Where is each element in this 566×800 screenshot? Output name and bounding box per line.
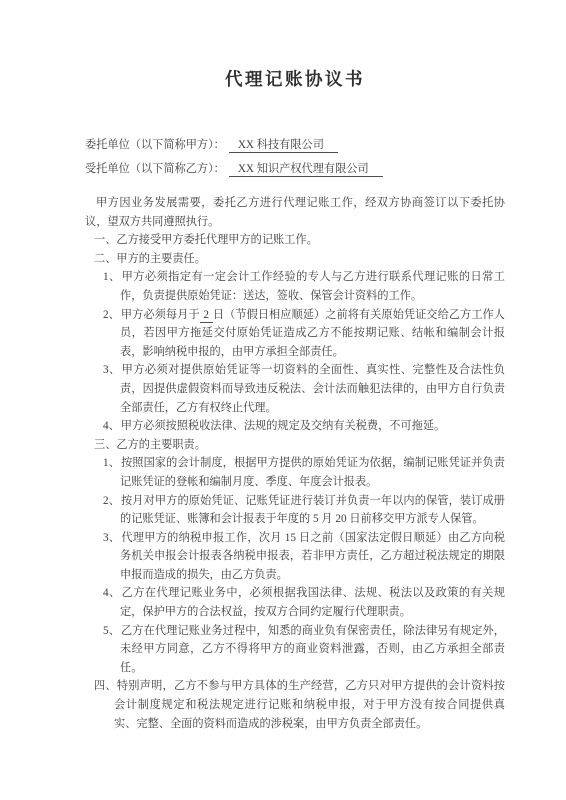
item-text: 代理甲方的纳税申报工作，次月 15 日之前（国家法定假日顺延）由乙方向税务机关申… xyxy=(120,532,505,581)
item-number: 1、 xyxy=(103,271,122,283)
item-text: 甲方必须每月于 2 日（节假日相应顺延）之前将有关原始凭证交给乙方工作人员，若因… xyxy=(120,309,505,358)
clause-item: 4、甲方必须按照税收法律、法规的规定及交纳有关税费，不可拖延。 xyxy=(103,417,505,436)
text-run: 三、乙方的主要职责。 xyxy=(94,439,206,451)
text-run: 甲方必须每月于 xyxy=(121,309,200,321)
clauses-container: 一、乙方接受甲方委托代理甲方的记账工作。二、甲方的主要责任。1、甲方必须指定有一… xyxy=(85,231,505,733)
item-text: 甲方必须对提供原始凭证等一切资料的全面性、真实性、完整性及合法性负责，因提供虚假… xyxy=(120,364,505,413)
item-number: 2、 xyxy=(103,495,121,507)
clause-item: 4、乙方在代理记账业务中，必须根据我国法律、法规、税法以及政策的有关规定，保护甲… xyxy=(103,584,505,621)
item-number: 2、 xyxy=(103,309,121,321)
section-heading: 四、特别声明，乙方不参与甲方具体的生产经营，乙方只对甲方提供的会计资料按会计制度… xyxy=(94,677,505,733)
section-heading: 一、乙方接受甲方委托代理甲方的记账工作。 xyxy=(94,231,505,250)
item-text: 乙方在代理记账业务中，必须根据我国法律、法规、税法以及政策的有关规定，保护甲方的… xyxy=(120,587,505,618)
text-run: 一、乙方接受甲方委托代理甲方的记账工作。 xyxy=(94,234,318,246)
text-run: 四、特别声明，乙方不参与甲方具体的生产经营，乙方只对甲方提供的会计资料按会计制度… xyxy=(94,680,505,729)
inline-underlined-value: 2 xyxy=(200,309,213,323)
text-run: 乙方在代理记账业务过程中，知悉的商业负有保密责任，除法律另有规定外，未经甲方同意… xyxy=(120,625,505,674)
text-run: 甲方必须指定有一定会计工作经验的专人与乙方进行联系代理记账的日常工作，负责提供原… xyxy=(120,271,505,302)
item-number: 3、 xyxy=(103,364,122,376)
item-number: 4、 xyxy=(103,420,121,432)
text-run: 二、甲方的主要责任。 xyxy=(94,253,206,265)
section-heading: 三、乙方的主要职责。 xyxy=(94,436,505,455)
clause-section: 四、特别声明，乙方不参与甲方具体的生产经营，乙方只对甲方提供的会计资料按会计制度… xyxy=(85,677,505,733)
section-heading: 二、甲方的主要责任。 xyxy=(94,250,505,269)
text-run: 按月对甲方的原始凭证、记账凭证进行装订并负责一年以内的保管，装订成册的记账凭证、… xyxy=(120,495,505,526)
party-label: 委托单位（以下简称甲方）： xyxy=(85,139,225,151)
party-section: 委托单位（以下简称甲方）：XX 科技有限公司受托单位（以下简称乙方）：XX 知识… xyxy=(85,133,505,181)
clause-item: 5、乙方在代理记账业务过程中，知悉的商业负有保密责任，除法律另有规定外，未经甲方… xyxy=(103,622,505,678)
text-run: 甲方必须对提供原始凭证等一切资料的全面性、真实性、完整性及合法性负责，因提供虚假… xyxy=(120,364,505,413)
party-value-underline: XX 知识产权代理有限公司 xyxy=(229,163,383,177)
item-text: 乙方在代理记账业务过程中，知悉的商业负有保密责任，除法律另有规定外，未经甲方同意… xyxy=(120,625,505,674)
intro-paragraph: 甲方因业务发展需要，委托乙方进行代理记账工作，经双方协商签订以下委托协议，望双方… xyxy=(85,194,505,231)
text-run: 乙方在代理记账业务中，必须根据我国法律、法规、税法以及政策的有关规定，保护甲方的… xyxy=(120,587,505,618)
item-text: 甲方必须指定有一定会计工作经验的专人与乙方进行联系代理记账的日常工作，负责提供原… xyxy=(120,271,505,302)
text-run: 甲方必须按照税收法律、法规的规定及交纳有关税费，不可拖延。 xyxy=(121,420,445,432)
clause-item: 3、甲方必须对提供原始凭证等一切资料的全面性、真实性、完整性及合法性负责，因提供… xyxy=(103,361,505,417)
item-number: 4、 xyxy=(103,587,122,599)
clause-item: 2、按月对甲方的原始凭证、记账凭证进行装订并负责一年以内的保管，装订成册的记账凭… xyxy=(103,492,505,529)
party-line: 受托单位（以下简称乙方）：XX 知识产权代理有限公司 xyxy=(85,157,505,181)
clause-item: 2、甲方必须每月于 2 日（节假日相应顺延）之前将有关原始凭证交给乙方工作人员，… xyxy=(103,306,505,362)
text-run: 按照国家的会计制度，根据甲方提供的原始凭证为依据，编制记账凭证并负责记账凭证的登… xyxy=(120,457,505,488)
item-text: 按照国家的会计制度，根据甲方提供的原始凭证为依据，编制记账凭证并负责记账凭证的登… xyxy=(120,457,505,488)
item-number: 1、 xyxy=(103,457,121,469)
clause-section: 一、乙方接受甲方委托代理甲方的记账工作。 xyxy=(85,231,505,250)
clause-item: 3、代理甲方的纳税申报工作，次月 15 日之前（国家法定假日顺延）由乙方向税务机… xyxy=(103,529,505,585)
text-run: 代理甲方的纳税申报工作，次月 15 日之前（国家法定假日顺延）由乙方向税务机关申… xyxy=(120,532,505,581)
item-text: 按月对甲方的原始凭证、记账凭证进行装订并负责一年以内的保管，装订成册的记账凭证、… xyxy=(120,495,505,526)
party-label: 受托单位（以下简称乙方）： xyxy=(85,163,225,175)
clause-section: 三、乙方的主要职责。1、按照国家的会计制度，根据甲方提供的原始凭证为依据，编制记… xyxy=(85,436,505,678)
party-line: 委托单位（以下简称甲方）：XX 科技有限公司 xyxy=(85,133,505,157)
clause-item: 1、按照国家的会计制度，根据甲方提供的原始凭证为依据，编制记账凭证并负责记账凭证… xyxy=(103,454,505,491)
item-text: 甲方必须按照税收法律、法规的规定及交纳有关税费，不可拖延。 xyxy=(121,420,445,432)
document-title: 代理记账协议书 xyxy=(85,66,505,91)
party-value-underline: XX 科技有限公司 xyxy=(229,139,338,153)
clause-item: 1、甲方必须指定有一定会计工作经验的专人与乙方进行联系代理记账的日常工作，负责提… xyxy=(103,268,505,305)
item-number: 3、 xyxy=(103,532,121,544)
clause-section: 二、甲方的主要责任。1、甲方必须指定有一定会计工作经验的专人与乙方进行联系代理记… xyxy=(85,250,505,436)
item-number: 5、 xyxy=(103,625,121,637)
document-page: 代理记账协议书 委托单位（以下简称甲方）：XX 科技有限公司受托单位（以下简称乙… xyxy=(0,0,566,800)
